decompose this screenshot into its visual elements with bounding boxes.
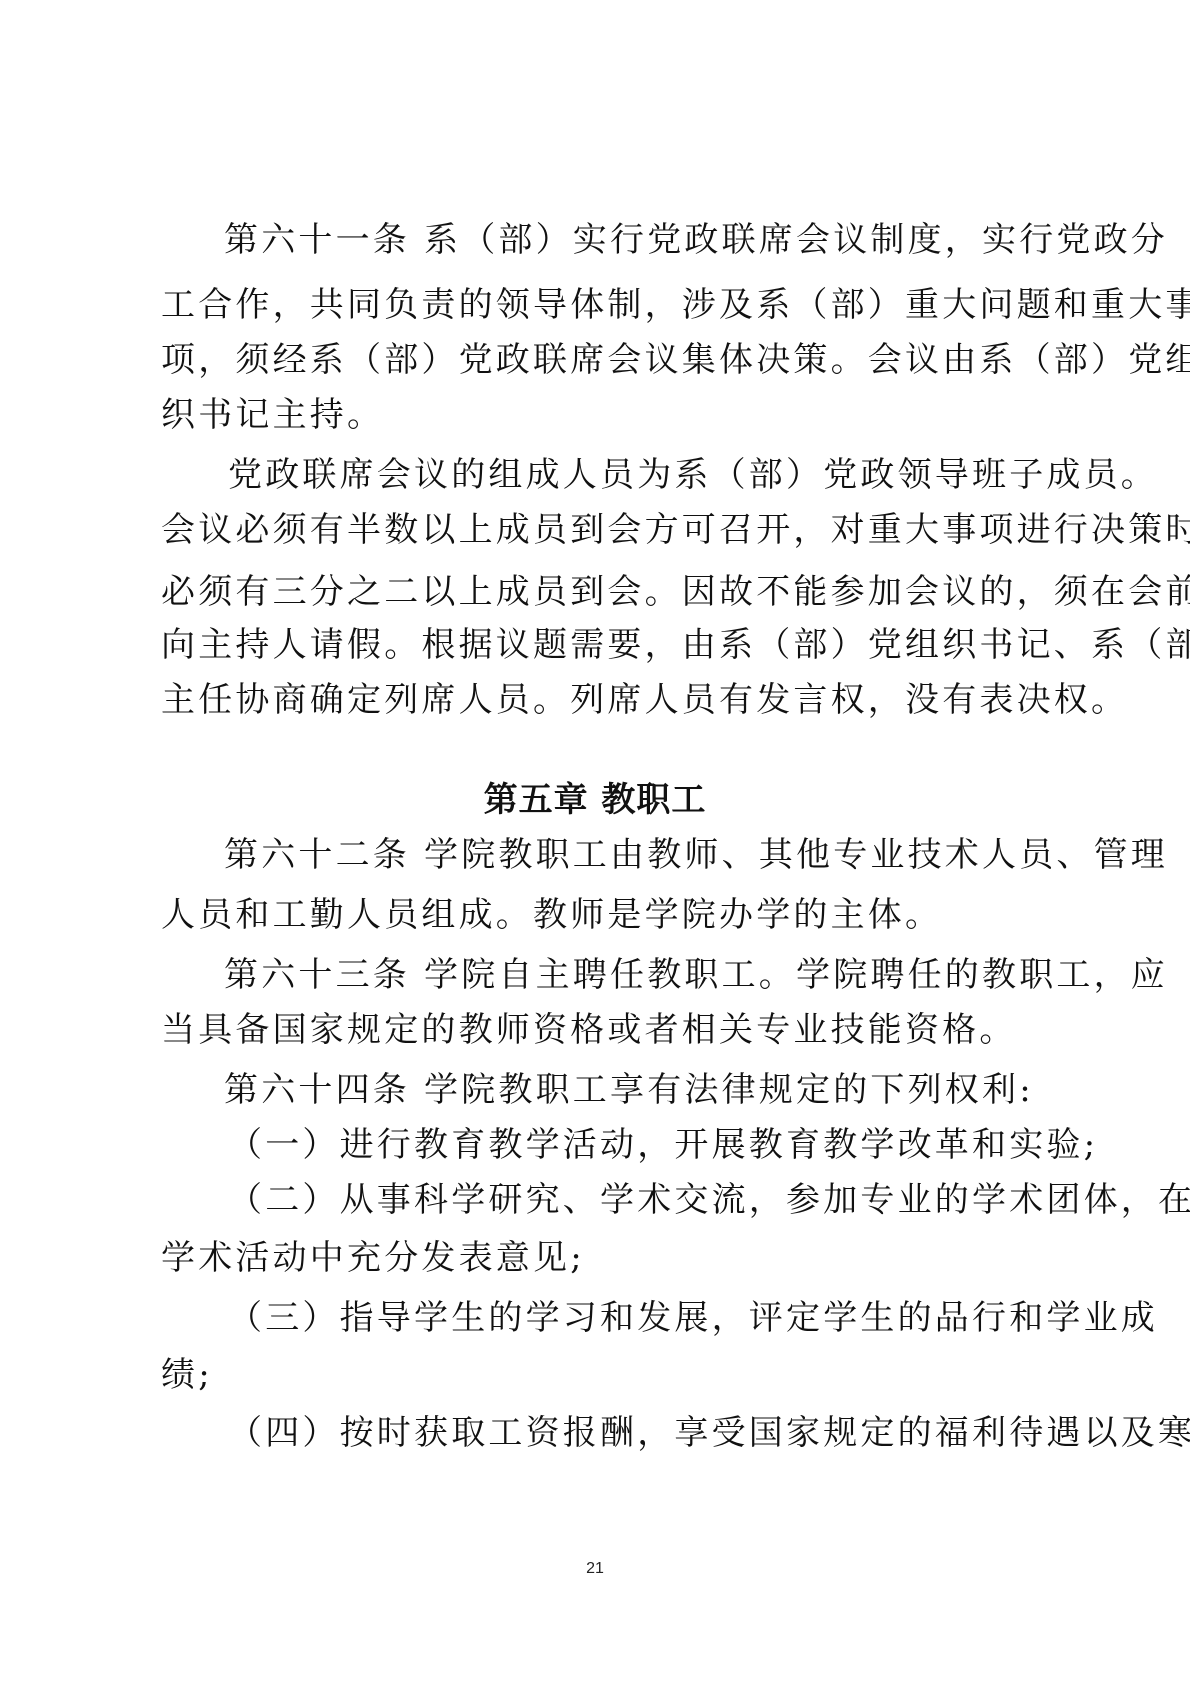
paragraph-line: 第六十四条 学院教职工享有法律规定的下列权利: bbox=[224, 1070, 1104, 1110]
paragraph-line: 第六十一条 系（部）实行党政联席会议制度，实行党政分 bbox=[224, 220, 1104, 260]
paragraph-line: 主任协商确定列席人员。列席人员有发言权，没有表决权。 bbox=[161, 680, 1041, 720]
paragraph-line: 第六十三条 学院自主聘任教职工。学院聘任的教职工，应 bbox=[224, 955, 1104, 995]
list-item: （三）指导学生的学习和发展，评定学生的品行和学业成 bbox=[228, 1298, 1108, 1338]
paragraph-line: 项，须经系（部）党政联席会议集体决策。会议由系（部）党组 bbox=[161, 340, 1041, 380]
paragraph-line: 向主持人请假。根据议题需要，由系（部）党组织书记、系（部） bbox=[161, 625, 1041, 665]
paragraph-line: 织书记主持。 bbox=[161, 395, 1041, 435]
paragraph-line: 党政联席会议的组成人员为系（部）党政领导班子成员。 bbox=[228, 455, 1108, 495]
chapter-heading: 第五章 教职工 bbox=[0, 780, 1190, 820]
list-item: （四）按时获取工资报酬，享受国家规定的福利待遇以及寒 bbox=[228, 1413, 1108, 1453]
list-item: （一）进行教育教学活动，开展教育教学改革和实验; bbox=[228, 1125, 1108, 1165]
paragraph-line: 第六十二条 学院教职工由教师、其他专业技术人员、管理 bbox=[224, 835, 1104, 875]
list-item: （二）从事科学研究、学术交流，参加专业的学术团体，在 bbox=[228, 1180, 1108, 1220]
paragraph-line: 必须有三分之二以上成员到会。因故不能参加会议的，须在会前 bbox=[161, 572, 1041, 612]
paragraph-line: 会议必须有半数以上成员到会方可召开，对重大事项进行决策时 bbox=[161, 510, 1041, 550]
paragraph-line: 绩; bbox=[161, 1355, 1041, 1395]
paragraph-line: 工合作，共同负责的领导体制，涉及系（部）重大问题和重大事 bbox=[161, 285, 1041, 325]
paragraph-line: 学术活动中充分发表意见; bbox=[161, 1238, 1041, 1278]
paragraph-line: 人员和工勤人员组成。教师是学院办学的主体。 bbox=[161, 895, 1041, 935]
page-number: 21 bbox=[0, 1560, 1190, 1578]
paragraph-line: 当具备国家规定的教师资格或者相关专业技能资格。 bbox=[161, 1010, 1041, 1050]
